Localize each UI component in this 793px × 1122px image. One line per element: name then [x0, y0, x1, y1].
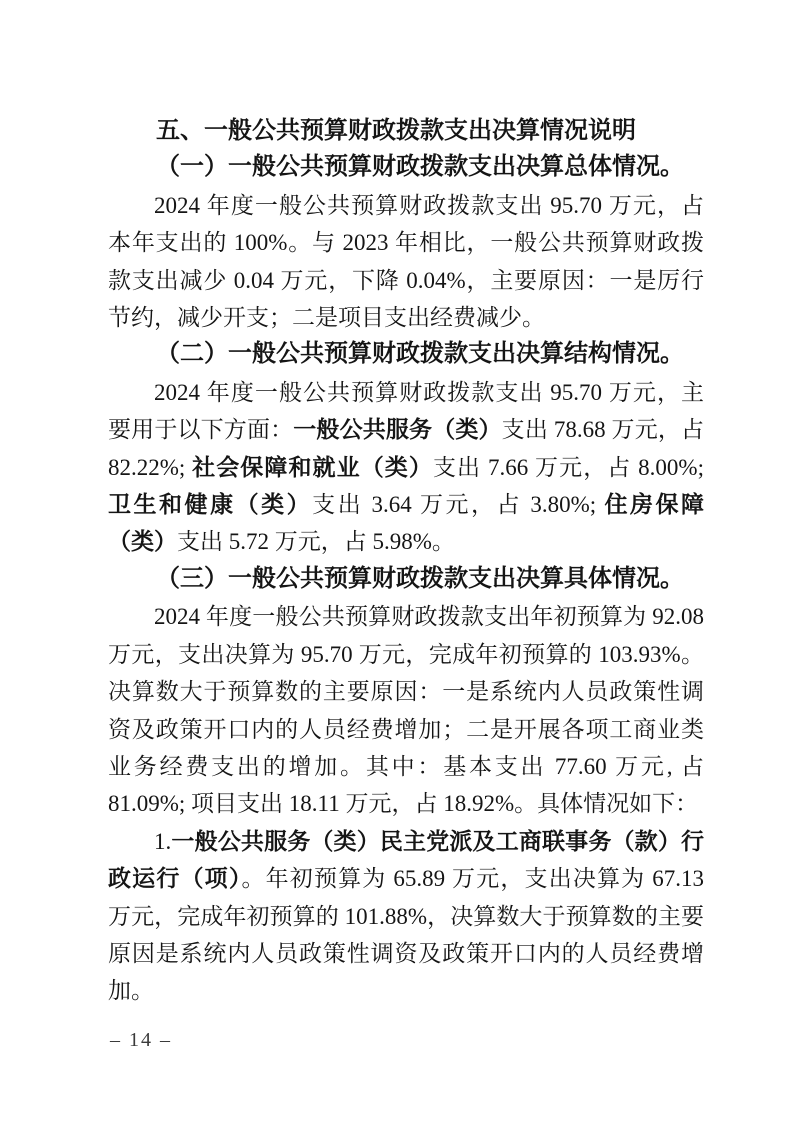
- paragraph-specific-situation: 2024 年度一般公共预算财政拨款支出年初预算为 92.08 万元，支出决算为 …: [108, 598, 704, 822]
- text-run-bold-general-public-service: 一般公共服务（类）: [293, 417, 501, 442]
- text-run: 支出 5.72 万元，占 5.98%。: [177, 529, 455, 554]
- page-number: – 14 –: [110, 1026, 172, 1054]
- section-heading-2: （二）一般公共预算财政拨款支出决算结构情况。: [108, 336, 704, 373]
- text-run: 支出 3.64 万元，占 3.80%;: [312, 492, 604, 517]
- section-heading-3: （三）一般公共预算财政拨款支出决算具体情况。: [108, 561, 704, 598]
- text-run: 2024 年度一般公共预算财政拨款支出年初预算为 92.08 万元，支出决算为 …: [108, 604, 704, 816]
- section-heading-1: （一）一般公共预算财政拨款支出决算总体情况。: [108, 149, 704, 186]
- text-run-item-number: 1.: [154, 829, 171, 854]
- text-run-bold-health: 卫生和健康（类）: [108, 492, 312, 517]
- document-body: 五、一般公共预算财政拨款支出决算情况说明 （一）一般公共预算财政拨款支出决算总体…: [108, 112, 704, 1010]
- document-page: 五、一般公共预算财政拨款支出决算情况说明 （一）一般公共预算财政拨款支出决算总体…: [0, 0, 793, 1122]
- text-run: 2024 年度一般公共预算财政拨款支出 95.70 万元，占本年支出的 100%…: [108, 193, 704, 330]
- main-heading: 五、一般公共预算财政拨款支出决算情况说明: [108, 112, 704, 149]
- paragraph-item-1: 1.一般公共服务（类）民主党派及工商联事务（款）行政运行（项）。年初预算为 65…: [108, 823, 704, 1010]
- text-run-bold-social-security: 社会保障和就业（类）: [192, 455, 433, 480]
- paragraph-overall-situation: 2024 年度一般公共预算财政拨款支出 95.70 万元，占本年支出的 100%…: [108, 187, 704, 337]
- paragraph-structure-situation: 2024 年度一般公共预算财政拨款支出 95.70 万元，主要用于以下方面：一般…: [108, 374, 704, 561]
- text-run: 支出 7.66 万元，占 8.00%;: [433, 455, 704, 480]
